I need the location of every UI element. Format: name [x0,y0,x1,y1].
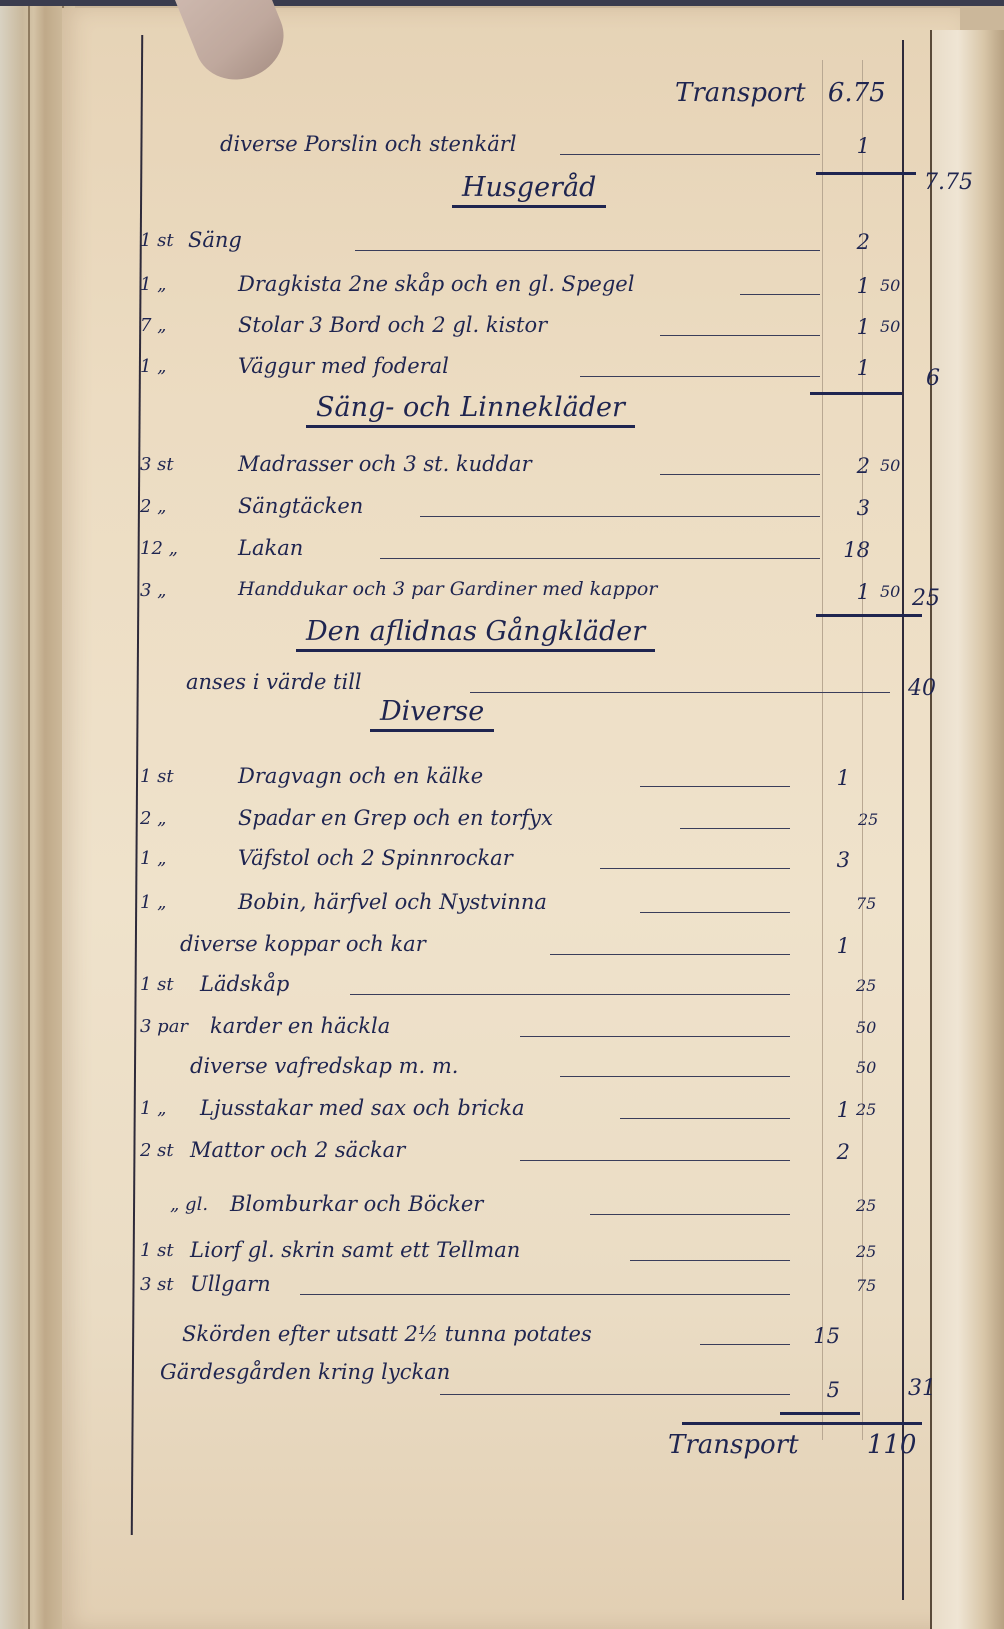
section-title-gangklader: Den aflidnas Gångkläder [296,616,655,652]
item-kr: 1 [820,315,870,339]
item-qty: 3 par [140,1016,188,1037]
right-page-curl [930,30,1004,1629]
line-item: 3 par karder en häckla 50 [140,1014,910,1042]
item-description: Ullgarn [190,1272,271,1296]
leader-line [560,154,820,155]
item-kr: 3 [800,848,850,872]
line-item: diverse Porslin och stenkärl 1 [140,132,910,160]
top-edge [0,0,1004,6]
section-title-diverse: Diverse [370,696,494,732]
item-qty: 7 „ [140,315,167,336]
line-item: 3 st Madrasser och 3 st. kuddar 2 50 [140,452,910,480]
line-item: 1 st Dragvagn och en kälke 1 [140,764,910,792]
item-qty: 1 „ [140,356,167,377]
item-qty: 1 st [140,766,174,787]
leader-line [560,1076,790,1077]
leader-line [590,1214,790,1215]
item-qty: 1 „ [140,1098,167,1119]
leader-line [350,994,790,995]
leader-line [440,1394,790,1395]
item-qty: 12 „ [140,538,178,559]
item-qty: 3 st [140,1274,174,1295]
subtotal-rule [810,392,902,395]
item-description: diverse koppar och kar [180,932,426,956]
line-item: 1 „ Dragkista 2ne skåp och en gl. Spegel… [140,272,910,300]
line-item: diverse koppar och kar 1 [140,932,910,960]
item-description: anses i värde till [186,670,362,694]
section-title-sang-och-linneklader: Säng- och Linnekläder [306,392,635,428]
item-kr: 2 [820,230,870,254]
subtotal-rule [816,172,916,175]
line-item: 2 „ Spadar en Grep och en torfyx 25 [140,806,910,834]
item-qty: 1 „ [140,274,167,295]
item-kr: 1 [820,580,870,604]
item-description: Mattor och 2 säckar [190,1138,405,1162]
subtotal: 25 [912,586,940,611]
item-description: Spadar en Grep och en torfyx [238,806,553,830]
item-kr: 2 [820,454,870,478]
leader-line [550,954,790,955]
item-qty: 3 „ [140,580,167,601]
subtotal: 31 [908,1376,936,1401]
item-description: diverse Porslin och stenkärl [220,132,517,156]
line-item: 3 „ Handdukar och 3 par Gardiner med kap… [140,578,910,606]
item-description: diverse vafredskap m. m. [190,1054,458,1078]
leader-line [470,692,890,693]
subtotal-rule [816,614,922,617]
line-item: Gärdesgården kring lyckan 5 [140,1360,910,1388]
item-kr: 15 [790,1324,840,1348]
item-ore: 50 [856,1018,876,1037]
item-qty: 3 st [140,454,174,475]
page-edge [28,6,30,1629]
leader-line [520,1160,790,1161]
line-item: 1 „ Ljusstakar med sax och bricka 1 25 [140,1096,910,1124]
section-title-husgerad: Husgeråd [452,172,606,208]
item-ore: 75 [856,894,876,913]
leader-line [380,558,820,559]
leader-line [640,912,790,913]
item-kr: 1 [800,766,850,790]
leader-line [420,516,820,517]
subtotal-rule [780,1412,860,1415]
item-ore: 25 [856,976,876,995]
subtotal: 40 [908,676,936,701]
line-item: 1 „ Väggur med foderal 1 [140,354,910,382]
line-item: 3 st Ullgarn 75 [140,1272,910,1300]
item-description: karder en häckla [210,1014,390,1038]
line-item: 2 st Mattor och 2 säckar 2 [140,1138,910,1166]
footer-transport: Transport 110 [668,1430,916,1460]
ore-column-rule [862,60,863,1440]
item-kr: 5 [790,1378,840,1402]
leader-line [600,868,790,869]
item-qty: 1 st [140,974,174,995]
leader-line [620,1118,790,1119]
item-kr: 1 [800,934,850,958]
item-qty: 2 „ [140,496,167,517]
item-qty: 2 „ [140,808,167,829]
item-description: Lakan [238,536,303,560]
item-description: Sängtäcken [238,494,363,518]
item-ore: 25 [856,1242,876,1261]
item-description: Väggur med foderal [238,354,449,378]
leader-line [660,474,820,475]
item-ore: 50 [880,276,900,295]
item-qty: „ gl. [170,1194,208,1215]
line-item: anses i värde till [140,670,910,698]
header-transport: Transport 6.75 [675,78,886,108]
item-description: Liorf gl. skrin samt ett Tellman [190,1238,520,1262]
item-kr: 1 [800,1098,850,1122]
line-item: 1 st Säng 2 [140,228,910,256]
item-ore: 50 [880,317,900,336]
item-description: Bobin, härfvel och Nystvinna [238,890,547,914]
item-ore: 25 [856,1100,876,1119]
line-item: diverse vafredskap m. m. 50 [140,1054,910,1082]
item-ore: 25 [856,1196,876,1215]
leader-line [520,1036,790,1037]
transport-label: Transport [675,78,806,108]
item-description: Väfstol och 2 Spinnrockar [238,846,513,870]
item-ore: 50 [880,456,900,475]
line-item: Skörden efter utsatt 2½ tunna potates 15 [140,1322,910,1350]
transport-amount: 110 [867,1430,917,1460]
total-rule [682,1422,922,1425]
subtotal: 7.75 [924,170,973,195]
item-ore: 25 [858,810,878,829]
item-description: Ljusstakar med sax och bricka [200,1096,525,1120]
item-ore: 50 [856,1058,876,1077]
leader-line [700,1344,790,1345]
item-qty: 2 st [140,1140,174,1161]
transport-amount: 6.75 [828,78,886,108]
item-description: Skörden efter utsatt 2½ tunna potates [182,1322,592,1346]
item-qty: 1 „ [140,892,167,913]
leader-line [660,335,820,336]
line-item: 2 „ Sängtäcken 3 [140,494,910,522]
leader-line [740,294,820,295]
subtotal: 6 [926,366,940,391]
item-qty: 1 st [140,1240,174,1261]
item-kr: 2 [800,1140,850,1164]
leader-line [580,376,820,377]
kr-column-rule [822,60,823,1440]
line-item: 12 „ Lakan 18 [140,536,910,564]
line-item: 1 „ Bobin, härfvel och Nystvinna 75 [140,890,910,918]
transport-label: Transport [668,1430,799,1460]
line-item: 1 st Lädskåp 25 [140,972,910,1000]
item-description: Madrasser och 3 st. kuddar [238,452,532,476]
item-qty: 1 st [140,230,174,251]
item-ore: 50 [880,582,900,601]
leader-line [300,1294,790,1295]
item-description: Stolar 3 Bord och 2 gl. kistor [238,313,547,337]
leader-line [355,250,820,251]
line-item: „ gl. Blomburkar och Böcker 25 [140,1192,910,1220]
item-description: Dragvagn och en kälke [238,764,483,788]
item-description: Säng [188,228,242,252]
leader-line [680,828,790,829]
leader-line [640,786,790,787]
leader-line [630,1260,790,1261]
item-kr: 18 [820,538,870,562]
item-description: Handdukar och 3 par Gardiner med kappor [238,578,657,600]
line-item: 7 „ Stolar 3 Bord och 2 gl. kistor 1 50 [140,313,910,341]
line-item: 1 „ Väfstol och 2 Spinnrockar 3 [140,846,910,874]
item-kr: 1 [820,134,870,158]
item-description: Dragkista 2ne skåp och en gl. Spegel [238,272,634,296]
item-qty: 1 „ [140,848,167,869]
item-ore: 75 [856,1276,876,1295]
item-kr: 1 [820,356,870,380]
item-description: Gärdesgården kring lyckan [160,1360,450,1384]
item-kr: 1 [820,274,870,298]
item-description: Blomburkar och Böcker [230,1192,483,1216]
item-description: Lädskåp [200,972,289,996]
item-kr: 3 [820,496,870,520]
line-item: 1 st Liorf gl. skrin samt ett Tellman 25 [140,1238,910,1266]
